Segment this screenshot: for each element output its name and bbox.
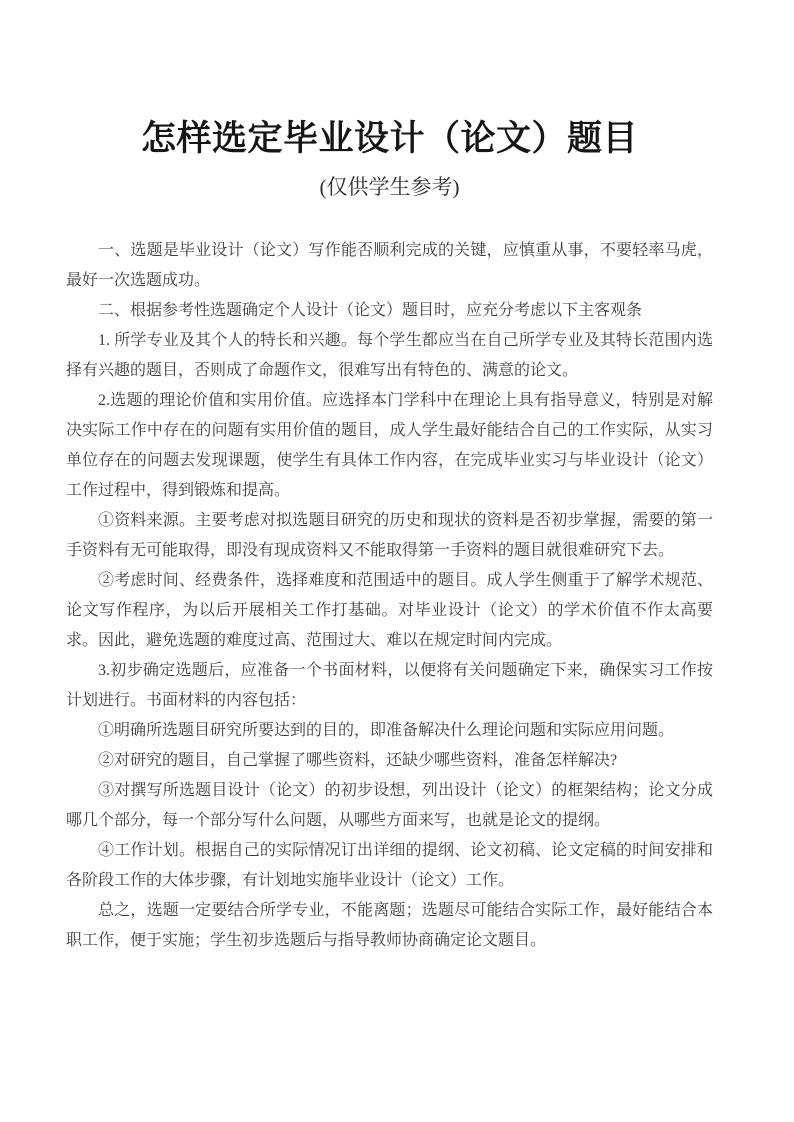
document-body: 一、选题是毕业设计（论文）写作能否顺利完成的关键，应慎重从事，不要轻率马虎，最好… xyxy=(66,236,713,956)
document-subtitle: (仅供学生参考) xyxy=(66,172,713,202)
paragraph-12: 总之，选题一定要结合所学专业，不能离题；选题尽可能结合实际工作，最好能结合本职工… xyxy=(66,896,713,956)
document-page: 怎样选定毕业设计（论文）题目 (仅供学生参考) 一、选题是毕业设计（论文）写作能… xyxy=(0,0,794,1122)
paragraph-2: 二、根据参考性选题确定个人设计（论文）题目时，应充分考虑以下主客观条 xyxy=(66,296,713,326)
paragraph-5: ①资料来源。主要考虑对拟选题目研究的历史和现状的资料是否初步掌握，需要的第一手资… xyxy=(66,506,713,566)
document-title: 怎样选定毕业设计（论文）题目 xyxy=(66,116,713,162)
paragraph-11: ④工作计划。根据自己的实际情况订出详细的提纲、论文初稿、论文定稿的时间安排和各阶… xyxy=(66,836,713,896)
paragraph-3: 1. 所学专业及其个人的特长和兴趣。每个学生都应当在自己所学专业及其特长范围内选… xyxy=(66,326,713,386)
paragraph-1: 一、选题是毕业设计（论文）写作能否顺利完成的关键，应慎重从事，不要轻率马虎，最好… xyxy=(66,236,713,296)
paragraph-7: 3.初步确定选题后，应准备一个书面材料，以便将有关问题确定下来，确保实习工作按计… xyxy=(66,656,713,716)
paragraph-8: ①明确所选题目研究所要达到的目的，即准备解决什么理论问题和实际应用问题。 xyxy=(66,716,713,746)
paragraph-9: ②对研究的题目，自己掌握了哪些资料，还缺少哪些资料，准备怎样解决? xyxy=(66,746,713,776)
paragraph-10: ③对撰写所选题目设计（论文）的初步设想，列出设计（论文）的框架结构；论文分成哪几… xyxy=(66,776,713,836)
paragraph-6: ②考虑时间、经费条件，选择难度和范围适中的题目。成人学生侧重于了解学术规范、论文… xyxy=(66,566,713,656)
paragraph-4: 2.选题的理论价值和实用价值。应选择本门学科中在理论上具有指导意义，特别是对解决… xyxy=(66,386,713,506)
